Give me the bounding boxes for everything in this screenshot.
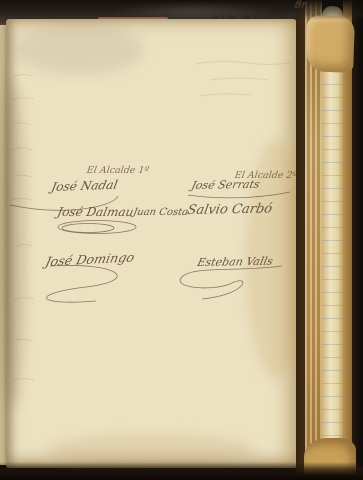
signature-jose-dalmau: José Dalmau [56, 205, 135, 219]
book-fore-edge [296, 0, 363, 480]
scanned-document-photo: 8r [0, 0, 363, 480]
manuscript-page [6, 19, 299, 468]
pencil-corner-mark: 8r [294, 0, 307, 11]
background-right-edge [352, 0, 363, 480]
signature-esteban-valls: Esteban Valls [196, 255, 274, 269]
signature-juan-costa: Juan Costa [132, 207, 189, 218]
signature-jose-serrats: José Serrats [190, 178, 261, 192]
signature-salvio-carbo: Salvio Carbó [186, 202, 274, 218]
scanner-background-bottom [0, 462, 363, 480]
gutter-shadow [0, 79, 26, 409]
stacked-page-edges [305, 0, 322, 480]
curled-ruled-page-edge [322, 6, 343, 480]
page-stain [14, 23, 144, 75]
title-alcalde-primero: El Alcalde 1º [86, 165, 150, 176]
page-edge-shadow [296, 0, 305, 480]
top-page-curl [305, 15, 355, 73]
signature-jose-nadal: José Nadal [50, 178, 119, 194]
